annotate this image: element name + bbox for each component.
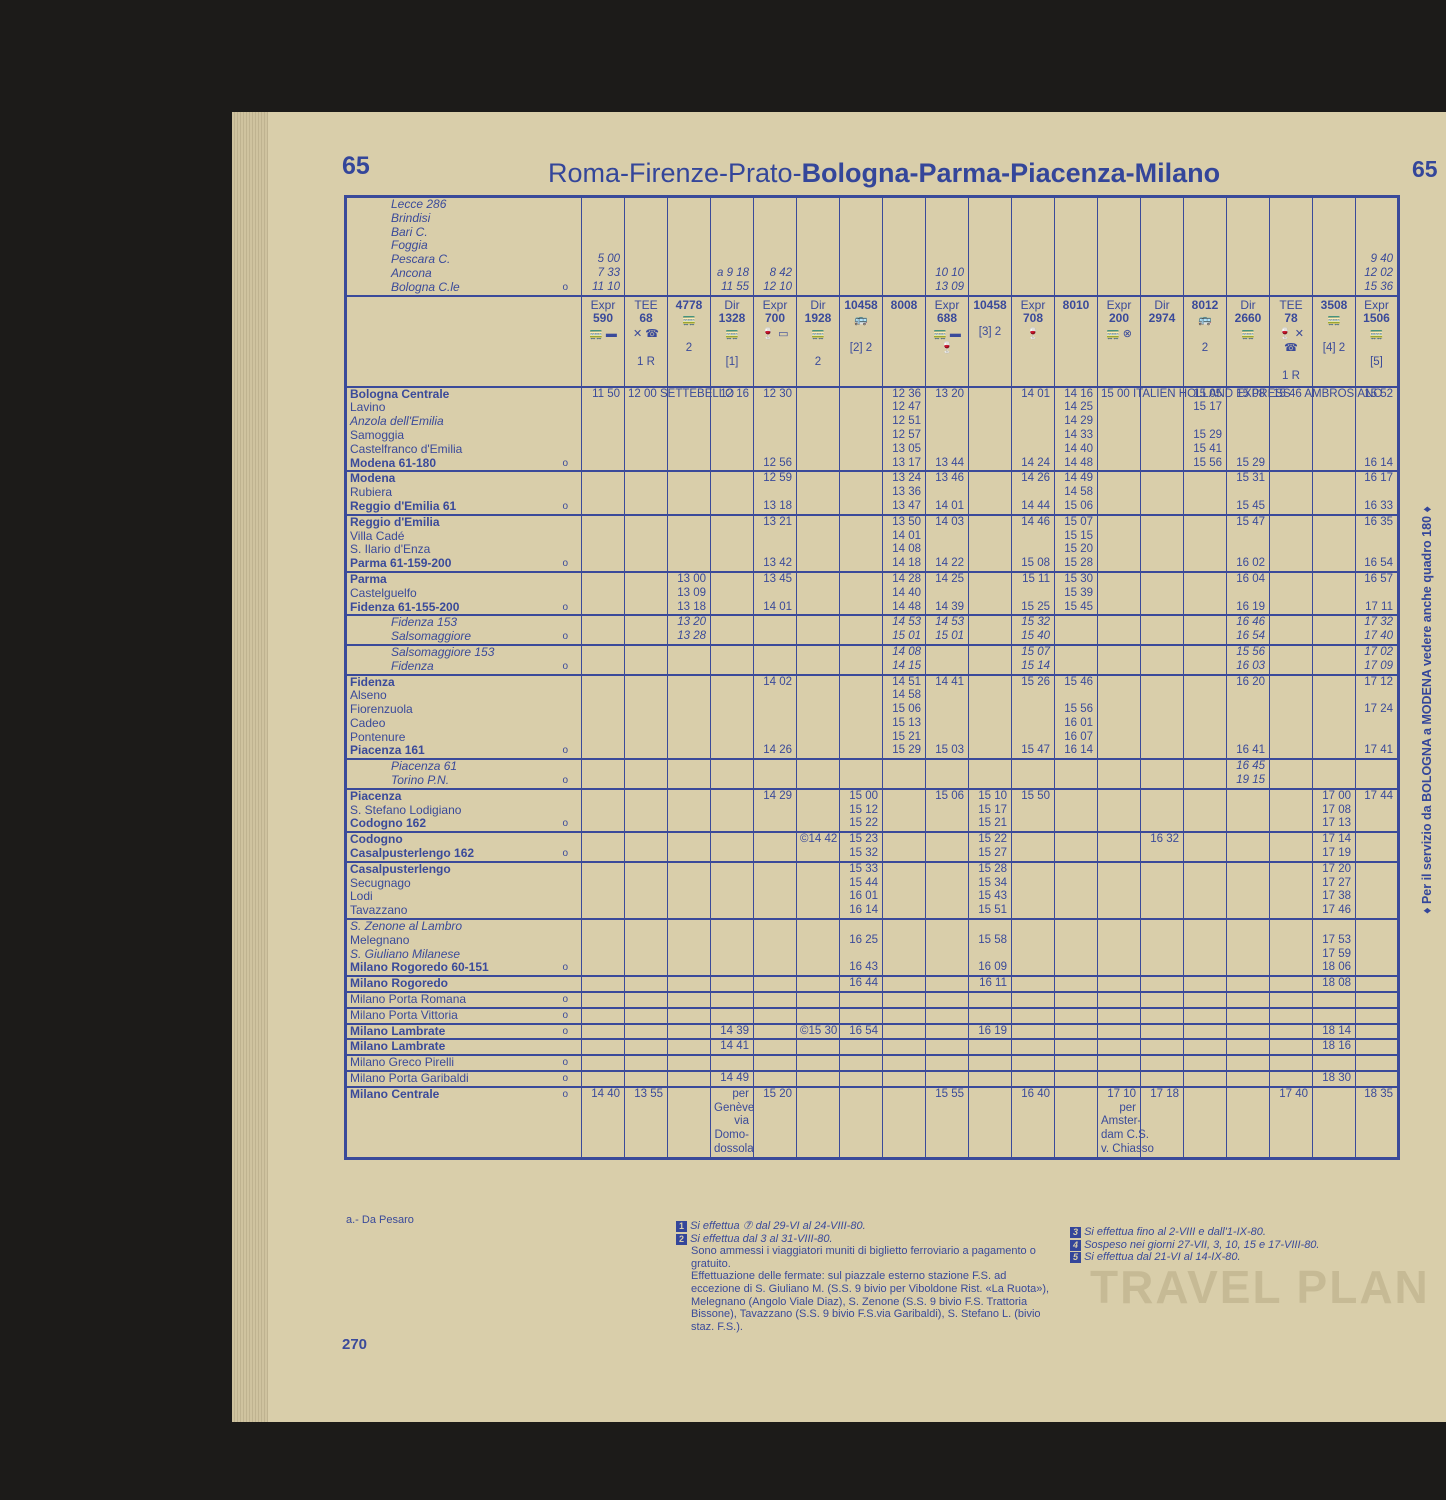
station-name: Codogno: [350, 833, 578, 847]
time-cell: [797, 919, 840, 976]
time-cell: [1270, 1055, 1313, 1071]
time-cell: [625, 471, 668, 514]
station-name: Fidenza: [350, 676, 578, 690]
time-cell: [797, 789, 840, 832]
train-category: Expr: [927, 299, 967, 313]
footnote-1-text: Si effettua ⑦ dal 29-VI al 24-VIII-80.: [690, 1220, 866, 1232]
time-cell: [969, 615, 1012, 645]
terminal-marker: o: [562, 660, 578, 674]
station-label: Alseno: [350, 689, 387, 703]
time-cell: [1098, 992, 1141, 1008]
train-icons: ✕ ☎: [626, 328, 666, 342]
train-header: 8010: [1055, 296, 1098, 387]
time-cell: 13 20 13 28: [668, 615, 711, 645]
station-name: Lecce 286: [391, 198, 578, 212]
time-cell: 18 30: [1313, 1071, 1356, 1087]
train-header: Expr200🚃 ⊗: [1098, 296, 1141, 387]
station-cell: Milano Porta Romanao: [346, 992, 582, 1008]
time-cell: [1313, 992, 1356, 1008]
time-cell: [582, 759, 625, 789]
origin-time: [840, 197, 883, 296]
time-cell: [754, 645, 797, 675]
station-cell: ParmaCastelguelfoFidenza 61-155-200o: [346, 572, 582, 615]
station-cell: Milano Greco Pirellio: [346, 1055, 582, 1071]
train-icons: 🚌: [1185, 314, 1225, 328]
time-cell: [711, 976, 754, 992]
note-5-badge: 5: [1070, 1252, 1081, 1263]
time-cell: 14 28 14 40 14 48: [883, 572, 926, 615]
station-label: Fidenza: [391, 660, 434, 674]
station-cell: Milano Lambrate: [346, 1039, 582, 1055]
time-cell: [1184, 515, 1227, 572]
terminal-marker: [568, 877, 578, 891]
train-icons: 🚌: [841, 314, 881, 328]
time-cell: [1098, 1071, 1141, 1087]
train-icons: 🍷 ▭: [755, 328, 795, 342]
note-3-badge: 3: [1070, 1227, 1081, 1238]
time-cell: [668, 862, 711, 919]
time-cell: [1055, 976, 1098, 992]
timetable-section: CasalpusterlengoSecugnagoLodiTavazzano15…: [346, 862, 1399, 919]
time-cell: [1141, 471, 1184, 514]
time-cell: [840, 1055, 883, 1071]
station-name: Reggio d'Emilia: [350, 516, 578, 530]
time-cell: [1356, 919, 1399, 976]
timetable: Lecce 286BrindisiBari C.FoggiaPescara C.…: [344, 195, 1400, 1160]
station-label: Parma: [350, 573, 387, 587]
station-cell: Milano Porta Garibaldio: [346, 1071, 582, 1087]
station-label: Fidenza 153: [391, 616, 457, 630]
train-icons: 🚃 ⊗: [1099, 328, 1139, 342]
time-cell: [754, 1071, 797, 1087]
time-cell: [625, 789, 668, 832]
time-cell: [1270, 759, 1313, 789]
timetable-section: Piacenza 61Torino P.N.o16 45 19 15: [346, 759, 1399, 789]
terminal-marker: [568, 934, 578, 948]
time-cell: [1098, 515, 1141, 572]
train-header: Expr708🍷: [1012, 296, 1055, 387]
time-cell: 14 39: [711, 1024, 754, 1040]
time-cell: [797, 675, 840, 760]
time-cell: [1012, 1024, 1055, 1040]
station-name: Milano Rogoredo 60-151o: [350, 961, 578, 975]
time-cell: [625, 572, 668, 615]
time-cell: [711, 615, 754, 645]
time-cell: [1227, 1008, 1270, 1024]
timetable-section: Milano Lambrateo14 39©15 3016 5416 1918 …: [346, 1024, 1399, 1040]
time-cell: [668, 1039, 711, 1055]
terminal-marker: o: [562, 1056, 578, 1070]
time-cell: [1356, 832, 1399, 862]
timetable-section: Milano Porta Garibaldio14 4918 30: [346, 1071, 1399, 1087]
timetable-section: Bologna CentraleLavinoAnzola dell'Emilia…: [346, 387, 1399, 472]
time-cell: [711, 1008, 754, 1024]
terminal-marker: [568, 443, 578, 457]
origin-time: [969, 197, 1012, 296]
terminal-marker: [568, 530, 578, 544]
origin-time: [1012, 197, 1055, 296]
time-cell: [1184, 919, 1227, 976]
time-cell: 16 57 17 11: [1356, 572, 1399, 615]
station-name: Castelguelfo: [350, 587, 578, 601]
time-cell: [1270, 675, 1313, 760]
station-name: Anzola dell'Emilia: [350, 415, 578, 429]
station-label: Secugnago: [350, 877, 411, 891]
time-cell: [1055, 1024, 1098, 1040]
time-cell: [1012, 1071, 1055, 1087]
terminal-marker: o: [562, 457, 578, 471]
time-cell: [1270, 919, 1313, 976]
time-cell: [1141, 675, 1184, 760]
train-header: Dir2974: [1141, 296, 1184, 387]
time-cell: [1141, 976, 1184, 992]
train-number: 2660: [1228, 312, 1268, 326]
time-cell: 13 20 13 44: [926, 387, 969, 472]
train-header: 10458🚌[2] 2: [840, 296, 883, 387]
time-cell: [840, 572, 883, 615]
time-cell: [582, 645, 625, 675]
time-cell: [1270, 1008, 1313, 1024]
time-cell: 16 44: [840, 976, 883, 992]
footnote-2-detail-2: Effettuazione delle fermate: sul piazzal…: [676, 1270, 1056, 1333]
time-cell: [1227, 832, 1270, 862]
timetable-section: FidenzaAlsenoFiorenzuolaCadeoPontenurePi…: [346, 675, 1399, 760]
time-cell: 15 07 15 15 15 20 15 28: [1055, 515, 1098, 572]
origin-time: [1227, 197, 1270, 296]
station-name: Piacenza 161o: [350, 744, 578, 758]
station-name: Milano Lambrateo: [350, 1025, 578, 1039]
time-cell: [1270, 645, 1313, 675]
time-cell: [668, 976, 711, 992]
time-cell: [969, 675, 1012, 760]
time-cell: 14 02 14 26: [754, 675, 797, 760]
time-cell: [1227, 1087, 1270, 1158]
origin-time: [1184, 197, 1227, 296]
time-cell: [883, 1039, 926, 1055]
time-cell: 14 40: [582, 1087, 625, 1158]
station-label: Codogno: [350, 833, 403, 847]
station-label: S. Giuliano Milanese: [350, 948, 460, 962]
time-cell: [1184, 615, 1227, 645]
time-cell: ©14 42: [797, 832, 840, 862]
terminal-marker: [568, 486, 578, 500]
time-cell: [1184, 1008, 1227, 1024]
time-cell: [1098, 1024, 1141, 1040]
station-name: Milano Porta Garibaldio: [350, 1072, 578, 1086]
terminal-marker: [568, 516, 578, 530]
terminal-marker: [568, 760, 578, 774]
footnote-3-text: Si effettua fino al 2-VIII e dall'1-IX-8…: [1084, 1226, 1266, 1238]
station-name: Modena 61-180o: [350, 457, 578, 471]
origin-time: [1313, 197, 1356, 296]
time-cell: 14 26 14 44: [1012, 471, 1055, 514]
station-label: Reggio d'Emilia 61: [350, 500, 456, 514]
train-number: 2974: [1142, 312, 1182, 326]
terminal-marker: [568, 1040, 578, 1054]
terminal-marker: [568, 804, 578, 818]
time-cell: [1313, 572, 1356, 615]
station-name: Cadeo: [350, 717, 578, 731]
time-cell: [1098, 675, 1141, 760]
terminal-marker: o: [562, 557, 578, 571]
time-cell: [883, 919, 926, 976]
station-name: Tavazzano: [350, 904, 578, 918]
time-cell: [1270, 832, 1313, 862]
time-cell: 17 00 17 08 17 13: [1313, 789, 1356, 832]
station-cell: Milano Lambrateo: [346, 1024, 582, 1040]
time-cell: [625, 832, 668, 862]
time-cell: [1098, 645, 1141, 675]
terminal-marker: [568, 429, 578, 443]
terminal-marker: [568, 717, 578, 731]
origin-time: [883, 197, 926, 296]
time-cell: 15 06: [926, 789, 969, 832]
time-cell: [1055, 645, 1098, 675]
terminal-marker: [568, 226, 578, 240]
station-label: Reggio d'Emilia: [350, 516, 440, 530]
title-regular: Roma-Firenze-Prato-: [548, 158, 802, 188]
station-name: S. Zenone al Lambro: [350, 920, 578, 934]
time-cell: 13 50 14 01 14 08 14 18: [883, 515, 926, 572]
time-cell: [1141, 1055, 1184, 1071]
time-cell: 14 49: [711, 1071, 754, 1087]
time-cell: [1227, 976, 1270, 992]
station-label: Milano Rogoredo: [350, 977, 448, 991]
table-number: 65: [342, 152, 370, 181]
terminal-marker: o: [562, 774, 578, 788]
train-number: 78: [1271, 312, 1311, 326]
station-label: Modena 61-180: [350, 457, 436, 471]
time-cell: [926, 992, 969, 1008]
time-cell: 17 20 17 27 17 38 17 46: [1313, 862, 1356, 919]
time-cell: 17 40: [1270, 1087, 1313, 1158]
station-label: Milano Porta Garibaldi: [350, 1072, 469, 1086]
time-cell: [1012, 862, 1055, 919]
train-icons: 🚃: [1228, 328, 1268, 342]
time-cell: [883, 1055, 926, 1071]
station-label: Cadeo: [350, 717, 385, 731]
time-cell: [1141, 759, 1184, 789]
terminal-marker: [568, 472, 578, 486]
station-name: Milano Lambrate: [350, 1040, 578, 1054]
time-cell: [1141, 992, 1184, 1008]
station-label: Piacenza 61: [391, 760, 457, 774]
time-cell: [1012, 832, 1055, 862]
terminal-marker: [568, 703, 578, 717]
station-label: Salsomaggiore: [391, 630, 471, 644]
station-name: Casalpusterlengo 162o: [350, 847, 578, 861]
station-cell: ModenaRubieraReggio d'Emilia 61o: [346, 471, 582, 514]
train-icons: 🚃 ▬ 🍷: [927, 328, 967, 356]
time-cell: [1055, 832, 1098, 862]
time-cell: [754, 862, 797, 919]
station-name: Samoggia: [350, 429, 578, 443]
time-cell: [1055, 615, 1098, 645]
time-cell: [969, 515, 1012, 572]
time-cell: [1141, 789, 1184, 832]
time-cell: [797, 1008, 840, 1024]
time-cell: [926, 759, 969, 789]
time-cell: [625, 615, 668, 645]
station-cell: CasalpusterlengoSecugnagoLodiTavazzano: [346, 862, 582, 919]
terminal-marker: [568, 676, 578, 690]
time-cell: 14 46 15 08: [1012, 515, 1055, 572]
station-label: Foggia: [391, 239, 428, 253]
time-cell: 14 25 14 39: [926, 572, 969, 615]
time-cell: [668, 471, 711, 514]
time-cell: [797, 992, 840, 1008]
time-cell: [582, 572, 625, 615]
station-cell: Fidenza 153Salsomaggioreo: [346, 615, 582, 645]
time-cell: 11 50: [582, 387, 625, 472]
time-cell: [582, 1024, 625, 1040]
origin-time: [1270, 197, 1313, 296]
time-cell: 15 47 16 02: [1227, 515, 1270, 572]
time-cell: [969, 1087, 1012, 1158]
time-cell: [1313, 675, 1356, 760]
time-cell: [668, 1071, 711, 1087]
time-cell: [1055, 1008, 1098, 1024]
time-cell: [711, 992, 754, 1008]
time-cell: [1184, 471, 1227, 514]
time-cell: [840, 759, 883, 789]
time-cell: [1098, 615, 1141, 645]
time-cell: [1270, 862, 1313, 919]
station-name: Salsomaggiore 153: [391, 646, 578, 660]
timetable-section: Salsomaggiore 153Fidenzao14 08 14 1515 0…: [346, 645, 1399, 675]
train-number: 708: [1013, 312, 1053, 326]
time-cell: 14 41: [711, 1039, 754, 1055]
station-label: Ancona: [391, 267, 432, 281]
time-cell: 15 46 AMBROSIANO: [1270, 387, 1313, 472]
train-category: Dir: [712, 299, 752, 313]
time-cell: [668, 992, 711, 1008]
station-label: Bologna C.le: [391, 281, 460, 295]
station-label: Melegnano: [350, 934, 409, 948]
time-cell: [582, 515, 625, 572]
time-cell: [883, 1071, 926, 1087]
time-cell: [797, 1055, 840, 1071]
time-cell: [668, 759, 711, 789]
time-cell: 15 33 15 44 16 01 16 14: [840, 862, 883, 919]
time-cell: [840, 675, 883, 760]
time-cell: [1356, 862, 1399, 919]
time-cell: [797, 387, 840, 472]
time-cell: [1098, 1055, 1141, 1071]
time-cell: [625, 759, 668, 789]
time-cell: [1313, 1087, 1356, 1158]
time-cell: 15 00 ITALIEN HOLLAND EXPRESS: [1098, 387, 1141, 472]
time-cell: [1141, 1024, 1184, 1040]
terminal-marker: [568, 646, 578, 660]
time-cell: [840, 1039, 883, 1055]
station-name: Lodi: [350, 890, 578, 904]
train-header: 8012🚌2: [1184, 296, 1227, 387]
station-label: Fidenza 61-155-200: [350, 601, 459, 615]
time-cell: [840, 992, 883, 1008]
time-cell: per Genève via Domo- dossola: [711, 1087, 754, 1158]
terminal-marker: o: [562, 1009, 578, 1023]
station-label: Fidenza: [350, 676, 395, 690]
station-label: S. Ilario d'Enza: [350, 543, 430, 557]
show-through-text: TRAVEL PLAN: [1090, 1260, 1430, 1314]
time-cell: [582, 992, 625, 1008]
time-cell: [582, 1008, 625, 1024]
time-cell: [840, 1008, 883, 1024]
train-icons: 🚃: [1314, 314, 1354, 328]
train-header: 3508🚃[4] 2: [1313, 296, 1356, 387]
train-header: Expr590🚃 ▬: [582, 296, 625, 387]
station-label: Fiorenzuola: [350, 703, 413, 717]
time-cell: 16 40: [1012, 1087, 1055, 1158]
time-cell: [926, 919, 969, 976]
terminal-marker: [568, 198, 578, 212]
station-label: Pescara C.: [391, 253, 450, 267]
timetable-section: Milano Porta Romanao: [346, 992, 1399, 1008]
train-icons: 🚃: [669, 314, 709, 328]
origin-time: a 9 18 11 55: [711, 197, 754, 296]
time-cell: [883, 992, 926, 1008]
terminal-marker: [568, 267, 578, 281]
time-cell: [1313, 1055, 1356, 1071]
time-cell: [668, 1008, 711, 1024]
time-cell: [797, 645, 840, 675]
time-cell: [1184, 1087, 1227, 1158]
time-cell: [1098, 759, 1141, 789]
train-category: TEE: [1271, 299, 1311, 313]
station-label: Parma 61-159-200: [350, 557, 451, 571]
terminal-marker: [568, 904, 578, 918]
time-cell: 15 26 15 47: [1012, 675, 1055, 760]
station-name: Ancona: [391, 267, 578, 281]
station-name: Bologna C.leo: [391, 281, 578, 295]
time-cell: [711, 471, 754, 514]
terminal-marker: [568, 415, 578, 429]
terminal-marker: [568, 543, 578, 557]
station-cell: Milano Rogoredo: [346, 976, 582, 992]
time-cell: [1055, 919, 1098, 976]
time-cell: [1184, 645, 1227, 675]
time-cell: [1098, 471, 1141, 514]
time-cell: [668, 832, 711, 862]
footnote-2-detail-1: Sono ammessi i viaggiatori muniti di big…: [676, 1245, 1056, 1270]
time-cell: 13 21 13 42: [754, 515, 797, 572]
time-cell: 17 32 17 40: [1356, 615, 1399, 645]
time-cell: [1012, 1039, 1055, 1055]
time-cell: [711, 645, 754, 675]
time-cell: [1098, 572, 1141, 615]
station-label: Casalpusterlengo 162: [350, 847, 474, 861]
time-cell: [1270, 1039, 1313, 1055]
terminal-marker: o: [562, 1072, 578, 1086]
time-cell: [625, 976, 668, 992]
station-label: Bari C.: [391, 226, 428, 240]
time-cell: 14 53 15 01: [926, 615, 969, 645]
time-cell: [926, 976, 969, 992]
train-icons: 🍷 ✕ ☎: [1271, 328, 1311, 356]
time-cell: [1227, 862, 1270, 919]
station-name: Milano Rogoredo: [350, 977, 578, 991]
station-label: Lavino: [350, 401, 385, 415]
time-cell: [797, 976, 840, 992]
train-category: Expr: [1357, 299, 1396, 313]
time-cell: [969, 572, 1012, 615]
time-cell: [1227, 1024, 1270, 1040]
time-cell: [625, 1055, 668, 1071]
time-cell: 16 54: [840, 1024, 883, 1040]
time-cell: [969, 1071, 1012, 1087]
timetable-section: Reggio d'EmiliaVilla CadéS. Ilario d'Enz…: [346, 515, 1399, 572]
